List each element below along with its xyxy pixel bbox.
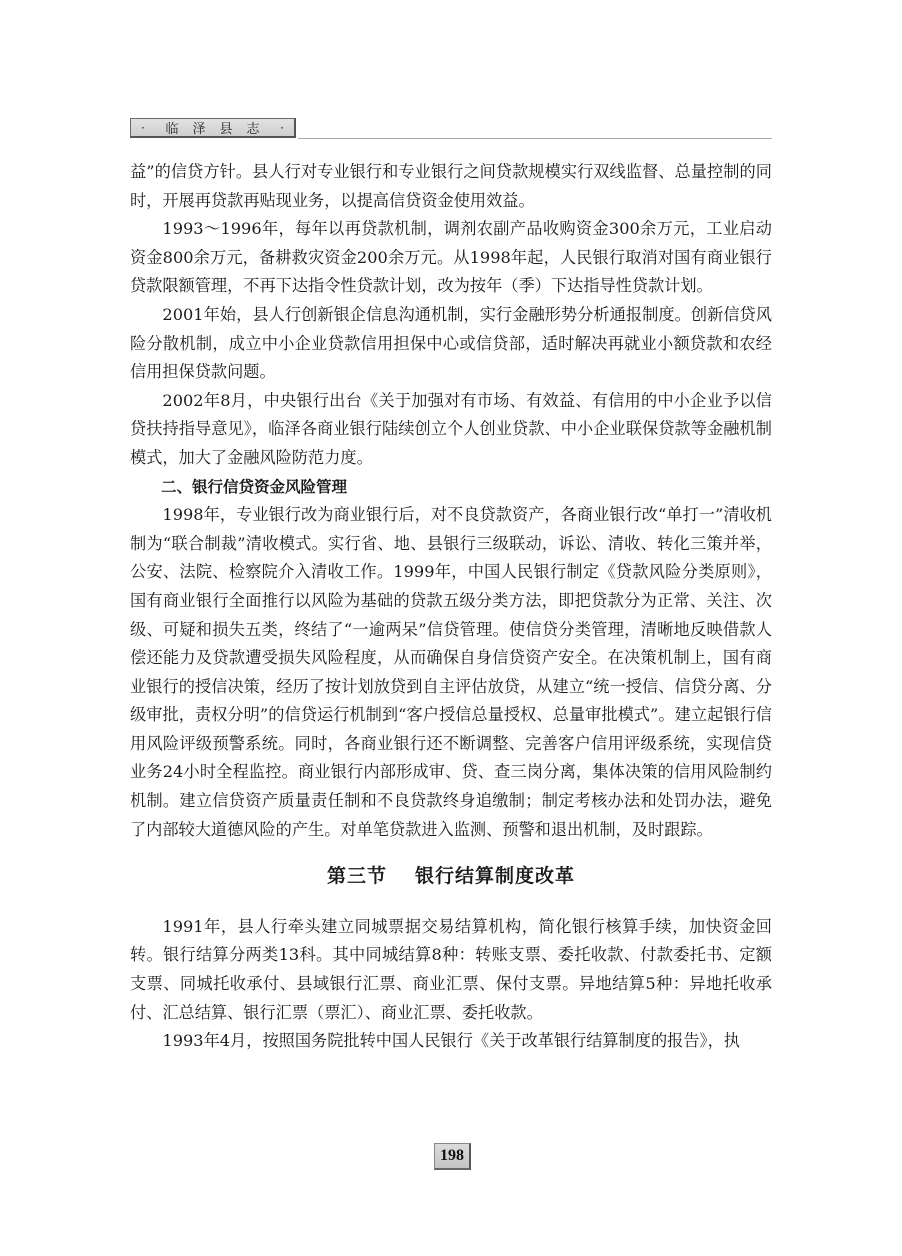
bullet-dot-left: · <box>141 121 145 135</box>
paragraph: 1991年，县人行牵头建立同城票据交易结算机构，简化银行核算手续，加快资金回转。… <box>130 913 772 1027</box>
book-title: 临泽县志 <box>165 118 273 137</box>
paragraph: 1993～1996年，每年以再贷款机制，调剂农副产品收购资金300余万元，工业启… <box>130 215 772 301</box>
subheading: 二、银行信贷资金风险管理 <box>130 473 772 502</box>
paragraph: 2001年始，县人行创新银企信息沟通机制，实行金融形势分析通报制度。创新信贷风险… <box>130 301 772 387</box>
page-body: 益”的信贷方针。县人行对专业银行和专业银行之间贷款规模实行双线监督、总量控制的同… <box>130 158 772 1056</box>
page-number: 198 <box>434 1143 471 1170</box>
bullet-dot-right: · <box>280 121 284 135</box>
section-number: 第三节 <box>327 865 387 887</box>
paragraph: 1993年4月，按照国务院批转中国人民银行《关于改革银行结算制度的报告》，执 <box>130 1027 772 1056</box>
paragraph-continued: 益”的信贷方针。县人行对专业银行和专业银行之间贷款规模实行双线监督、总量控制的同… <box>130 158 772 215</box>
running-head: · 临泽县志 · <box>130 118 772 141</box>
paragraph: 2002年8月，中央银行出台《关于加强对有市场、有效益、有信用的中小企业予以信贷… <box>130 387 772 473</box>
header-rule <box>298 138 772 139</box>
section-title: 银行结算制度改革 <box>415 865 575 887</box>
paragraph: 1998年，专业银行改为商业银行后，对不良贷款资产，各商业银行改“单打一”清收机… <box>130 501 772 844</box>
section-heading: 第三节银行结算制度改革 <box>130 862 772 891</box>
running-head-box: · 临泽县志 · <box>130 118 296 138</box>
